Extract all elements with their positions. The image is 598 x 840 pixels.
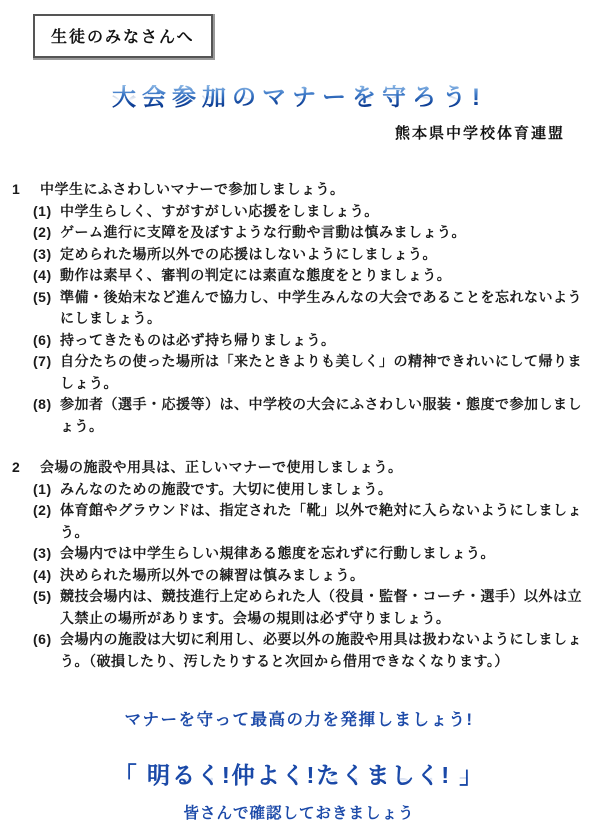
item-number: (1) [33,479,60,501]
list-item: (5) 競技会場内は、競技進行上定められた人（役員・監督・コーチ・選手）以外は立… [12,586,590,629]
section-number: 2 [12,457,40,479]
list-item: (2) 体育館やグラウンドは、指定された「靴」以外で絶対に入らないようにしましょ… [12,500,590,543]
organization-name: 熊本県中学校体育連盟 [0,122,598,143]
list-item: (6) 会場内の施設は大切に利用し、必要以外の施設や用具は扱わないようにしましょ… [12,629,590,672]
section-title: 会場の施設や用具は、正しいマナーで使用しましょう。 [40,457,590,479]
section-facility-manners: 2 会場の施設や用具は、正しいマナーで使用しましょう。 (1) みんなのための施… [12,457,590,672]
item-number: (8) [33,394,60,437]
item-number: (2) [33,500,60,543]
item-text: みんなのための施設です。大切に使用しましょう。 [60,479,590,501]
item-number: (6) [33,629,60,672]
item-text: 持ってきたものは必ず持ち帰りましょう。 [60,330,590,352]
list-item: (6) 持ってきたものは必ず持ち帰りましょう。 [12,330,590,352]
item-number: (5) [33,586,60,629]
item-number: (3) [33,543,60,565]
item-text: 定められた場所以外での応援はしないようにしましょう。 [60,244,590,266]
document-page: 生徒のみなさんへ 大会参加のマナーを守ろう! 熊本県中学校体育連盟 1 中学生に… [0,0,598,840]
section-heading: 2 会場の施設や用具は、正しいマナーで使用しましょう。 [12,457,590,479]
item-text: 体育館やグラウンドは、指定された「靴」以外で絶対に入らないようにしましょう。 [60,500,590,543]
item-text: 会場内では中学生らしい規律ある態度を忘れずに行動しましょう。 [60,543,590,565]
item-text: ゲーム進行に支障を及ぼすような行動や言動は慎みましょう。 [60,222,590,244]
section-participation-manners: 1 中学生にふさわしいマナーで参加しましょう。 (1) 中学生らしく、すがすがし… [12,179,590,437]
list-item: (8) 参加者（選手・応援等）は、中学校の大会にふさわしい服装・態度で参加しまし… [12,394,590,437]
section-number: 1 [12,179,40,201]
footer-slogan: マナーを守って最高の力を発揮しましょう! [0,706,598,730]
list-item: (5) 準備・後始末など進んで協力し、中学生みんなの大会であることを忘れないよう… [12,287,590,330]
list-item: (1) みんなのための施設です。大切に使用しましょう。 [12,479,590,501]
addressee-box: 生徒のみなさんへ [33,14,213,58]
list-item: (4) 動作は素早く、審判の判定には素直な態度をとりましょう。 [12,265,590,287]
item-text: 決められた場所以外での練習は慎みましょう。 [60,565,590,587]
footer: マナーを守って最高の力を発揮しましょう! 「 明るく!仲よく!たくましく! 」 … [0,706,598,823]
item-text: 中学生らしく、すがすがしい応援をしましょう。 [60,201,590,223]
list-item: (1) 中学生らしく、すがすがしい応援をしましょう。 [12,201,590,223]
item-text: 参加者（選手・応援等）は、中学校の大会にふさわしい服装・態度で参加しましょう。 [60,394,590,437]
item-text: 自分たちの使った場所は「来たときよりも美しく」の精神できれいにして帰りましょう。 [60,351,590,394]
item-text: 準備・後始末など進んで協力し、中学生みんなの大会であることを忘れないようにしまし… [60,287,590,330]
footer-note: 皆さんで確認しておきましょう [0,801,598,823]
list-item: (7) 自分たちの使った場所は「来たときよりも美しく」の精神できれいにして帰りま… [12,351,590,394]
item-text: 会場内の施設は大切に利用し、必要以外の施設や用具は扱わないようにしましょう。（破… [60,629,590,672]
item-text: 動作は素早く、審判の判定には素直な態度をとりましょう。 [60,265,590,287]
list-item: (3) 会場内では中学生らしい規律ある態度を忘れずに行動しましょう。 [12,543,590,565]
item-number: (4) [33,565,60,587]
item-number: (5) [33,287,60,330]
item-number: (3) [33,244,60,266]
item-number: (1) [33,201,60,223]
item-text: 競技会場内は、競技進行上定められた人（役員・監督・コーチ・選手）以外は立入禁止の… [60,586,590,629]
section-title: 中学生にふさわしいマナーで参加しましょう。 [40,179,590,201]
rules-content: 1 中学生にふさわしいマナーで参加しましょう。 (1) 中学生らしく、すがすがし… [12,179,590,672]
list-item: (3) 定められた場所以外での応援はしないようにしましょう。 [12,244,590,266]
list-item: (4) 決められた場所以外での練習は慎みましょう。 [12,565,590,587]
addressee-title: 生徒のみなさんへ [51,29,195,46]
section-heading: 1 中学生にふさわしいマナーで参加しましょう。 [12,179,590,201]
list-item: (2) ゲーム進行に支障を及ぼすような行動や言動は慎みましょう。 [12,222,590,244]
item-number: (4) [33,265,60,287]
item-number: (2) [33,222,60,244]
footer-motto: 「 明るく!仲よく!たくましく! 」 [0,757,598,790]
page-title: 大会参加のマナーを守ろう! [0,85,598,110]
item-number: (7) [33,351,60,394]
item-number: (6) [33,330,60,352]
